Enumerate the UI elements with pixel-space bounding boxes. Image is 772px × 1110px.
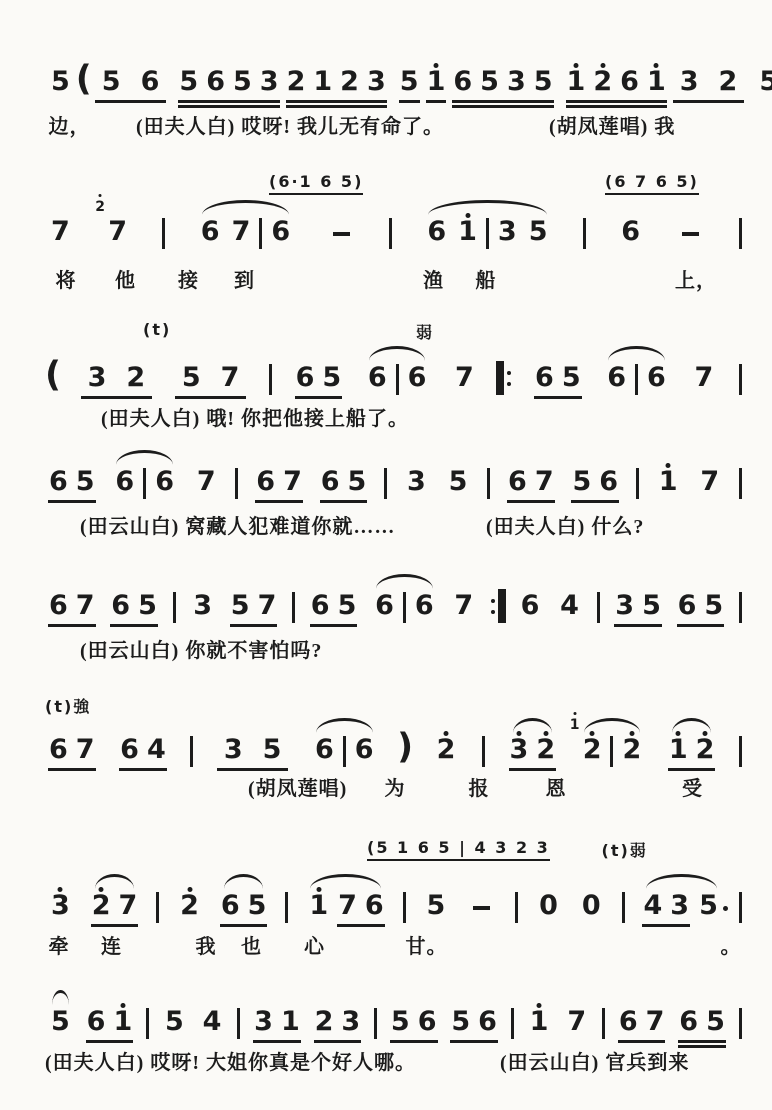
note: 6 bbox=[504, 462, 531, 502]
notation-line: (32576566765667 bbox=[45, 344, 745, 398]
lyric-text: 为 bbox=[385, 772, 406, 801]
note: 0 bbox=[533, 886, 564, 926]
beam-group: 56 bbox=[92, 62, 170, 102]
note: 5 bbox=[72, 462, 99, 502]
octave-dot bbox=[465, 213, 470, 218]
beam-group: 12 bbox=[665, 716, 719, 770]
note: 6 bbox=[641, 358, 672, 398]
barline bbox=[602, 1008, 605, 1039]
repeat-dot bbox=[507, 382, 511, 386]
lyric-text: (田夫人白) 哦! 你把他接上船了。 bbox=[101, 402, 409, 431]
beam-group: 65 bbox=[292, 358, 346, 398]
note: 7 bbox=[279, 462, 306, 502]
barline bbox=[610, 736, 613, 767]
notation-line: 5615431235656176765 bbox=[45, 988, 745, 1042]
barline bbox=[515, 892, 518, 923]
note: 3 bbox=[611, 586, 638, 626]
note: 7 bbox=[211, 358, 250, 398]
cue-annotation: (t)強 bbox=[45, 694, 91, 717]
octave-dot bbox=[676, 731, 681, 736]
barline bbox=[403, 592, 406, 623]
lyric-text: 报 bbox=[469, 772, 490, 801]
barline bbox=[156, 892, 159, 923]
beam-group: 35 bbox=[611, 586, 665, 626]
note: 2 bbox=[709, 62, 748, 102]
beam-group: 67 bbox=[504, 462, 558, 502]
beam-group: 23 bbox=[311, 1002, 365, 1042]
lyrics-row: (胡凤莲唱)为报恩受 bbox=[45, 772, 745, 802]
slur-group: 5 bbox=[45, 988, 76, 1042]
note: 5 bbox=[568, 462, 595, 502]
beam-group: 35 bbox=[214, 730, 292, 770]
note: 6 bbox=[362, 358, 393, 398]
note: 3 bbox=[187, 586, 218, 626]
beam-group: 65 bbox=[674, 586, 728, 626]
note: 6 bbox=[83, 1002, 110, 1042]
lyrics-row: 牵连我也心甘。。 bbox=[45, 930, 745, 960]
lyric-text: 他 bbox=[115, 264, 136, 293]
note: 3 bbox=[503, 62, 530, 102]
note: 3 bbox=[250, 1002, 277, 1042]
note: 6 bbox=[45, 586, 72, 626]
octave-dot bbox=[120, 1003, 125, 1008]
thin-bar bbox=[502, 361, 504, 395]
note: 6 bbox=[252, 462, 279, 502]
beam-group: 32 bbox=[506, 716, 560, 770]
note: 72 bbox=[102, 212, 133, 252]
score-page: 5(56565321235165351261325)6边，(田夫人白) 哎呀! … bbox=[0, 0, 772, 1110]
note: 5 bbox=[476, 62, 503, 102]
beam-group: 1 bbox=[423, 62, 450, 102]
cue-annotation: (t)弱 bbox=[602, 838, 648, 861]
lyric-text: 心 bbox=[304, 930, 325, 959]
beam-group: 67 bbox=[45, 586, 99, 626]
beam-group: 65 bbox=[317, 462, 371, 502]
slur-group: 66 bbox=[601, 344, 672, 398]
note: 7 bbox=[561, 1002, 592, 1042]
lyric-text: 甘。 bbox=[406, 930, 448, 959]
lyric-text: 渔 bbox=[423, 264, 444, 293]
cue-annotation: 弱 bbox=[416, 320, 434, 343]
beam-group: 67 bbox=[252, 462, 306, 502]
beam-group: 5653 bbox=[175, 62, 282, 102]
duration-dash bbox=[333, 232, 350, 236]
note: 6 bbox=[474, 1002, 501, 1042]
octave-dot bbox=[316, 887, 321, 892]
beam-group: 67 bbox=[615, 1002, 669, 1042]
barline bbox=[583, 218, 586, 249]
beam-group: 65 bbox=[531, 358, 585, 398]
note: 5 bbox=[558, 358, 585, 398]
beam-group: 56 bbox=[568, 462, 622, 502]
note: 6 bbox=[421, 212, 452, 252]
lyrics-row: (田云山白) 你就不害怕吗? bbox=[45, 634, 745, 664]
note: 5 bbox=[344, 462, 371, 502]
note: 1 bbox=[109, 1002, 136, 1042]
note: 21 bbox=[577, 730, 608, 770]
beam-group: 61 bbox=[83, 1002, 137, 1042]
note: 7 bbox=[254, 586, 281, 626]
note: 7 bbox=[334, 886, 361, 926]
note: 3 bbox=[670, 62, 709, 102]
slur-group: 66 bbox=[309, 716, 380, 770]
note: 7 bbox=[694, 462, 725, 502]
note: 6 bbox=[674, 586, 701, 626]
beam-group: 32 bbox=[78, 358, 156, 398]
barline bbox=[235, 468, 238, 499]
octave-dot bbox=[187, 887, 192, 892]
note: 1 bbox=[303, 886, 334, 926]
beam-group: 31 bbox=[250, 1002, 304, 1042]
note: 3 bbox=[337, 1002, 364, 1042]
octave-dot bbox=[666, 463, 671, 468]
slur-group: 6135 bbox=[421, 198, 553, 252]
note: 6 bbox=[217, 886, 244, 926]
lyrics-row: 将他接到渔船上， bbox=[45, 264, 745, 294]
barline bbox=[389, 218, 392, 249]
barline bbox=[482, 736, 485, 767]
octave-dot bbox=[703, 731, 708, 736]
lyric-text: 将 bbox=[56, 264, 77, 293]
lyric-text: 受 bbox=[682, 772, 703, 801]
note: 1 bbox=[277, 1002, 304, 1042]
lyric-text: 牵 bbox=[49, 930, 70, 959]
lyric-text: (田夫人白) 哎呀! 我儿无有命了。 bbox=[136, 110, 444, 139]
note: 2 bbox=[532, 730, 559, 770]
note: 6 bbox=[116, 730, 143, 770]
thick-bar bbox=[500, 589, 506, 623]
note: 5 bbox=[45, 1002, 76, 1042]
barline bbox=[635, 364, 638, 395]
note: 6 bbox=[616, 62, 643, 102]
note: 6 bbox=[414, 1002, 441, 1042]
note: 2 bbox=[431, 730, 462, 770]
note: 6 bbox=[149, 462, 180, 502]
note: 3 bbox=[401, 462, 432, 502]
lyric-text: (田云山白) 窝藏人犯难道你就…… bbox=[80, 510, 395, 539]
repeat-start-barline bbox=[496, 361, 514, 395]
note: 7 bbox=[72, 586, 99, 626]
note: 5 bbox=[318, 358, 345, 398]
note: 2 bbox=[616, 730, 647, 770]
lyric-text: 接 bbox=[178, 264, 199, 293]
notation-line: 77267661356 bbox=[45, 198, 745, 252]
note: 1 bbox=[643, 62, 670, 102]
barline bbox=[739, 592, 742, 623]
duration-dash bbox=[682, 232, 699, 236]
lyric-text: (田夫人白) 哎呀! 大姐你真是个好人哪。 bbox=[45, 1046, 416, 1075]
note: 5 bbox=[387, 1002, 414, 1042]
barline bbox=[343, 736, 346, 767]
note: 7 bbox=[226, 212, 257, 252]
slur-group: 435 bbox=[639, 872, 723, 926]
note: 1 bbox=[653, 462, 684, 502]
note: 3 bbox=[78, 358, 117, 398]
note: 2 bbox=[174, 886, 205, 926]
note: 3 bbox=[256, 62, 283, 102]
barline bbox=[143, 468, 146, 499]
note: 5 bbox=[45, 62, 76, 102]
note: 5 bbox=[702, 1002, 729, 1042]
note: 6 bbox=[131, 62, 170, 102]
barline bbox=[597, 592, 600, 623]
note: 2 bbox=[116, 358, 155, 398]
duration-dash bbox=[473, 906, 490, 910]
beam-group: 65 bbox=[307, 586, 361, 626]
barline bbox=[190, 736, 193, 767]
repeat-dot bbox=[507, 371, 511, 375]
barline bbox=[396, 364, 399, 395]
note: 6 bbox=[202, 62, 229, 102]
note: 1 bbox=[452, 212, 483, 252]
barline bbox=[486, 218, 489, 249]
beam-group: 32 bbox=[670, 62, 748, 102]
note: 2 bbox=[589, 62, 616, 102]
octave-dot bbox=[629, 731, 634, 736]
lyrics-row: 边，(田夫人白) 哎呀! 我儿无有命了。(胡凤莲唱) 我 bbox=[45, 110, 745, 140]
lyric-text: (田云山白) 官兵到来 bbox=[500, 1046, 689, 1075]
note: 2 bbox=[692, 730, 719, 770]
cue-annotation: (t) bbox=[143, 320, 171, 339]
note: 2 bbox=[283, 62, 310, 102]
note: 4 bbox=[197, 1002, 228, 1042]
barline bbox=[403, 892, 406, 923]
note: 5 bbox=[443, 462, 474, 502]
note: 7 bbox=[45, 212, 76, 252]
octave-dot bbox=[600, 63, 605, 68]
note: 3 bbox=[45, 886, 76, 926]
notation-line: 327265176500435 bbox=[45, 872, 745, 926]
note: 1 bbox=[423, 62, 450, 102]
note: 5 bbox=[334, 586, 361, 626]
note: 7 bbox=[448, 586, 479, 626]
note: 5 bbox=[92, 62, 131, 102]
note: 5 bbox=[638, 586, 665, 626]
lyric-text: (田夫人白) 什么? bbox=[486, 510, 644, 539]
lyric-text: 恩 bbox=[546, 772, 567, 801]
beam-group: 65 bbox=[107, 586, 161, 626]
grace-note: 2 bbox=[95, 200, 105, 214]
note: 5 bbox=[172, 358, 211, 398]
phrase-paren-open: ( bbox=[45, 352, 61, 398]
note: 5 bbox=[523, 212, 554, 252]
note: 5 bbox=[700, 586, 727, 626]
cue-annotation: (6 7 6 5) bbox=[605, 172, 699, 195]
note: 2 bbox=[311, 1002, 338, 1042]
beam-group: 1261 bbox=[563, 62, 670, 102]
grace-note: 1 bbox=[570, 718, 580, 732]
lyric-text: (胡凤莲唱) 我 bbox=[549, 110, 675, 139]
note: 0 bbox=[576, 886, 607, 926]
barline bbox=[285, 892, 288, 923]
barline bbox=[173, 592, 176, 623]
note: 6 bbox=[601, 358, 632, 398]
repeat-dots bbox=[491, 589, 495, 623]
note: 6 bbox=[615, 212, 646, 252]
notation-line: 65667676535675617 bbox=[45, 448, 745, 502]
beam-group: 65 bbox=[45, 462, 99, 502]
note: 3 bbox=[363, 62, 390, 102]
barline bbox=[374, 1008, 377, 1039]
repeat-dot bbox=[491, 599, 495, 603]
barline bbox=[636, 468, 639, 499]
lyric-text: 船 bbox=[476, 264, 497, 293]
note: 5 bbox=[447, 1002, 474, 1042]
slur-group: 212 bbox=[577, 716, 648, 770]
barline bbox=[739, 892, 742, 923]
beam-group: 56 bbox=[447, 1002, 501, 1042]
repeat-dot bbox=[491, 610, 495, 614]
note: 7 bbox=[72, 730, 99, 770]
octave-dot bbox=[444, 731, 449, 736]
note: 1 bbox=[309, 62, 336, 102]
octave-dot bbox=[654, 63, 659, 68]
octave-dot bbox=[590, 731, 595, 736]
note: 4 bbox=[639, 886, 666, 926]
note: 7 bbox=[688, 358, 719, 398]
note: 6 bbox=[369, 586, 400, 626]
barline bbox=[269, 364, 272, 395]
lyric-text: 我 bbox=[196, 930, 217, 959]
octave-dot bbox=[99, 887, 104, 892]
note: 1 bbox=[665, 730, 692, 770]
barline bbox=[511, 1008, 514, 1039]
note: 1 bbox=[563, 62, 590, 102]
note: 7 bbox=[115, 886, 142, 926]
lyric-text: 连 bbox=[101, 930, 122, 959]
note: 2 bbox=[336, 62, 363, 102]
note: 6 bbox=[45, 462, 72, 502]
note: 7 bbox=[531, 462, 558, 502]
octave-dot bbox=[58, 887, 63, 892]
barline bbox=[739, 1008, 742, 1039]
note: 6 bbox=[515, 586, 546, 626]
note: 7 bbox=[642, 1002, 669, 1042]
note: 5 bbox=[530, 62, 557, 102]
beam-group: 27 bbox=[88, 872, 142, 926]
note: 2 bbox=[88, 886, 115, 926]
octave-dot bbox=[573, 63, 578, 68]
repeat-dots bbox=[507, 361, 511, 395]
note: 6 bbox=[45, 730, 72, 770]
note: 6 bbox=[449, 62, 476, 102]
phrase-paren-open: ( bbox=[76, 56, 92, 102]
octave-dot bbox=[516, 731, 521, 736]
lyrics-row: (田夫人白) 哎呀! 大姐你真是个好人哪。(田云山白) 官兵到来 bbox=[45, 1046, 745, 1076]
annotation-row: (5 1 6 5 | 4 3 2 3(t)弱 bbox=[45, 838, 745, 868]
beam-group: 5 bbox=[396, 62, 423, 102]
notation-line: 67643566)23221212 bbox=[45, 716, 745, 770]
cue-annotation: (5 1 6 5 | 4 3 2 3 bbox=[367, 838, 550, 861]
phrase-paren-close: ) bbox=[397, 724, 413, 770]
repeat-end-barline bbox=[488, 589, 506, 623]
beam-group: 76 bbox=[334, 886, 388, 926]
note: 6 bbox=[349, 730, 380, 770]
barline bbox=[384, 468, 387, 499]
lyric-text: 上， bbox=[675, 264, 717, 293]
note: 6 bbox=[265, 212, 296, 252]
beam-group: 67 bbox=[45, 730, 99, 770]
note: 5 bbox=[175, 62, 202, 102]
beam-group: 43 bbox=[639, 886, 693, 926]
barline bbox=[146, 1008, 149, 1039]
note: 7 bbox=[191, 462, 222, 502]
barline bbox=[292, 592, 295, 623]
note: 3 bbox=[492, 212, 523, 252]
note: 4 bbox=[143, 730, 170, 770]
beam-group: 56 bbox=[387, 1002, 441, 1042]
note: 5 bbox=[421, 886, 452, 926]
note: 6 bbox=[675, 1002, 702, 1042]
note: 7 bbox=[449, 358, 480, 398]
note: 6 bbox=[402, 358, 433, 398]
note: 5 bbox=[396, 62, 423, 102]
octave-dot bbox=[99, 194, 102, 197]
note: 4 bbox=[554, 586, 585, 626]
lyric-text: 。 bbox=[721, 930, 742, 959]
beam-group: 65 bbox=[675, 1002, 729, 1042]
note: 5 bbox=[227, 586, 254, 626]
barline bbox=[237, 1008, 240, 1039]
lyric-text: (田云山白) 你就不害怕吗? bbox=[80, 634, 322, 663]
beam-group: 64 bbox=[116, 730, 170, 770]
note: 6 bbox=[195, 212, 226, 252]
slur-group: 66 bbox=[369, 572, 440, 626]
slur-group: 676 bbox=[195, 198, 296, 252]
note: 3 bbox=[666, 886, 693, 926]
note: 6 bbox=[409, 586, 440, 626]
lyrics-row: (田云山白) 窝藏人犯难道你就……(田夫人白) 什么? bbox=[45, 510, 745, 540]
barline bbox=[622, 892, 625, 923]
beam-group: 65 bbox=[217, 872, 271, 926]
barline bbox=[162, 218, 165, 249]
lyric-text: 也 bbox=[241, 930, 262, 959]
note: 6 bbox=[615, 1002, 642, 1042]
slur-group: 66 bbox=[362, 344, 433, 398]
octave-dot bbox=[543, 731, 548, 736]
note: 5 bbox=[244, 886, 271, 926]
lyric-text: (胡凤莲唱) bbox=[248, 772, 347, 801]
beam-group: 6535 bbox=[449, 62, 556, 102]
octave-dot bbox=[433, 63, 438, 68]
note: 6 bbox=[107, 586, 134, 626]
cue-annotation: (6·1 6 5) bbox=[269, 172, 363, 195]
barline bbox=[739, 468, 742, 499]
note: 5 bbox=[229, 62, 256, 102]
note: 6 bbox=[317, 462, 344, 502]
note: 6 bbox=[307, 586, 334, 626]
barline bbox=[739, 218, 742, 249]
notation-line: 5(56565321235165351261325)6 bbox=[45, 48, 745, 102]
note: 5 bbox=[253, 730, 292, 770]
slur-group: 176 bbox=[303, 872, 387, 926]
note: 5 bbox=[753, 62, 772, 102]
beam-group: 57 bbox=[227, 586, 281, 626]
barline bbox=[739, 736, 742, 767]
octave-dot bbox=[537, 1003, 542, 1008]
note: 3 bbox=[214, 730, 253, 770]
note: 6 bbox=[309, 730, 340, 770]
note: 6 bbox=[595, 462, 622, 502]
beam-group: 2123 bbox=[283, 62, 390, 102]
lyrics-row: (田夫人白) 哦! 你把他接上船了。 bbox=[45, 402, 745, 432]
note: 6 bbox=[531, 358, 558, 398]
octave-dot bbox=[573, 712, 576, 715]
barline bbox=[739, 364, 742, 395]
lyric-text: 到 bbox=[234, 264, 255, 293]
note: 5 bbox=[693, 886, 724, 926]
beam-group: 57 bbox=[172, 358, 250, 398]
